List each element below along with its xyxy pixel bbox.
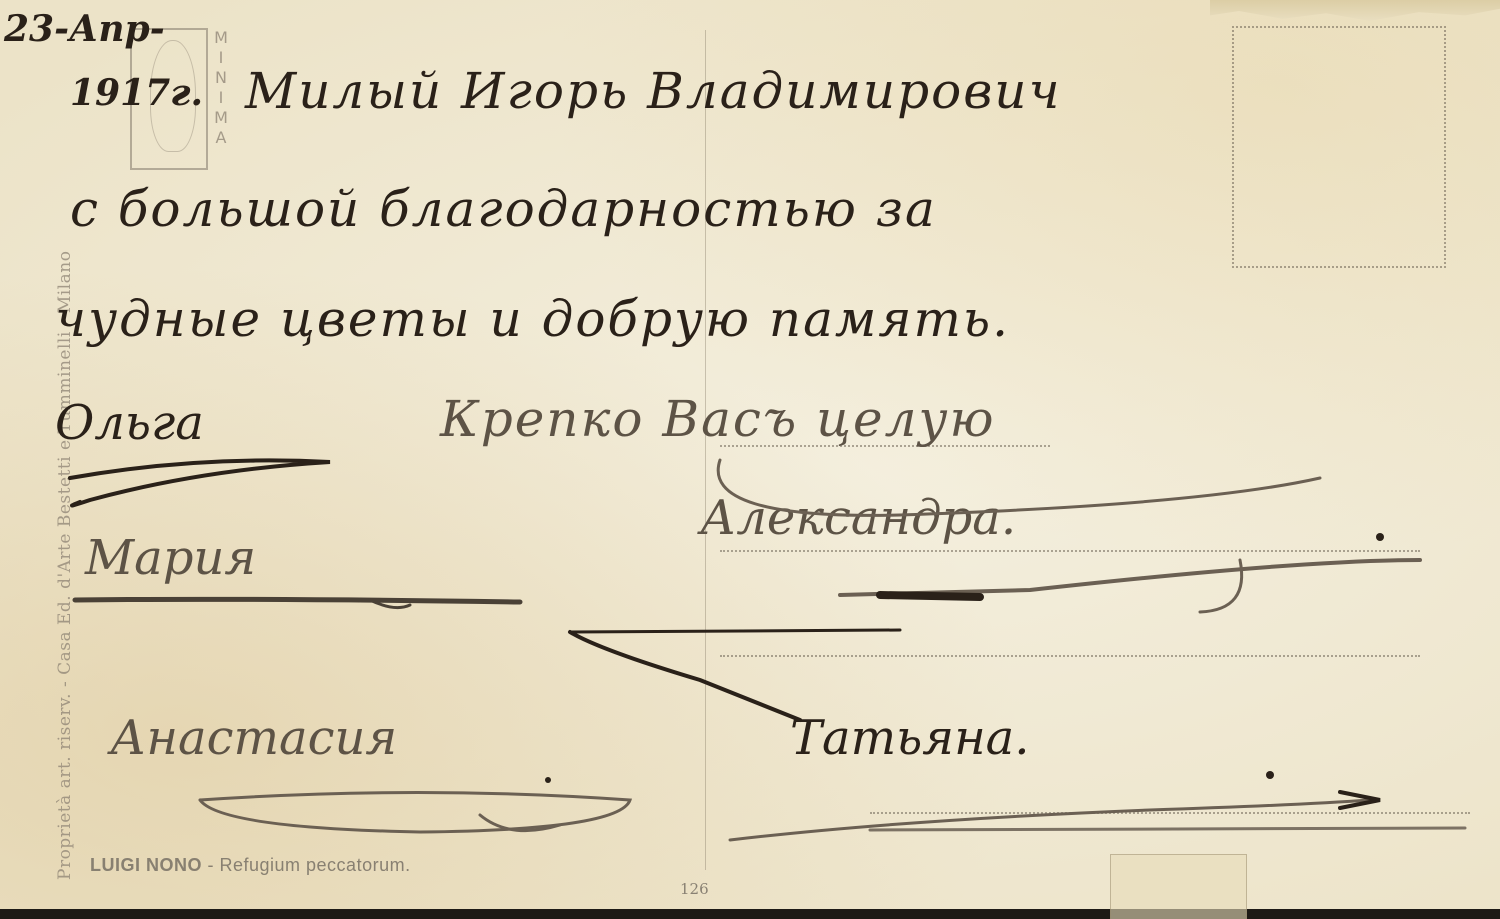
scan-bottom-edge [0,909,1500,919]
address-line-4 [870,812,1470,814]
message-line-4: Крепко Васъ целую [440,390,995,448]
plate-number: 126 [680,880,709,898]
minima-label: MINIMA [214,28,228,148]
signature-tatiana: Татьяна. [790,710,1030,766]
caption-separator: - [202,855,220,875]
address-line-2 [720,550,1420,552]
artwork-caption: LUIGI NONO - Refugium peccatorum. [90,855,411,876]
caption-title: Refugium peccatorum. [220,855,411,875]
pasted-paper-label [1110,854,1247,919]
center-divider-line [705,30,706,870]
message-line-3: чудные цветы и добрую память. [55,290,1010,348]
handwritten-date-day-month: 23-Апр- [4,8,165,50]
postcard-back: MINIMA Proprietà art. riserv. - Casa Ed.… [0,0,1500,919]
address-line-3 [720,655,1420,657]
signature-anastasia: Анастасия [110,710,397,766]
signature-olga: Ольга [55,395,204,451]
message-line-1: Милый Игорь Владимирович [245,62,1062,120]
signature-alexandra: Александра. [700,490,1016,546]
message-line-2: с большой благодарностью за [70,180,937,238]
minima-stamp-text: MINIMA [214,28,236,148]
signature-maria: Мария [85,530,256,586]
handwritten-date-year: 1917г. [70,72,203,114]
stamp-placement-box [1232,26,1446,268]
caption-artist: LUIGI NONO [90,855,202,875]
torn-paper-edge [1210,0,1500,22]
